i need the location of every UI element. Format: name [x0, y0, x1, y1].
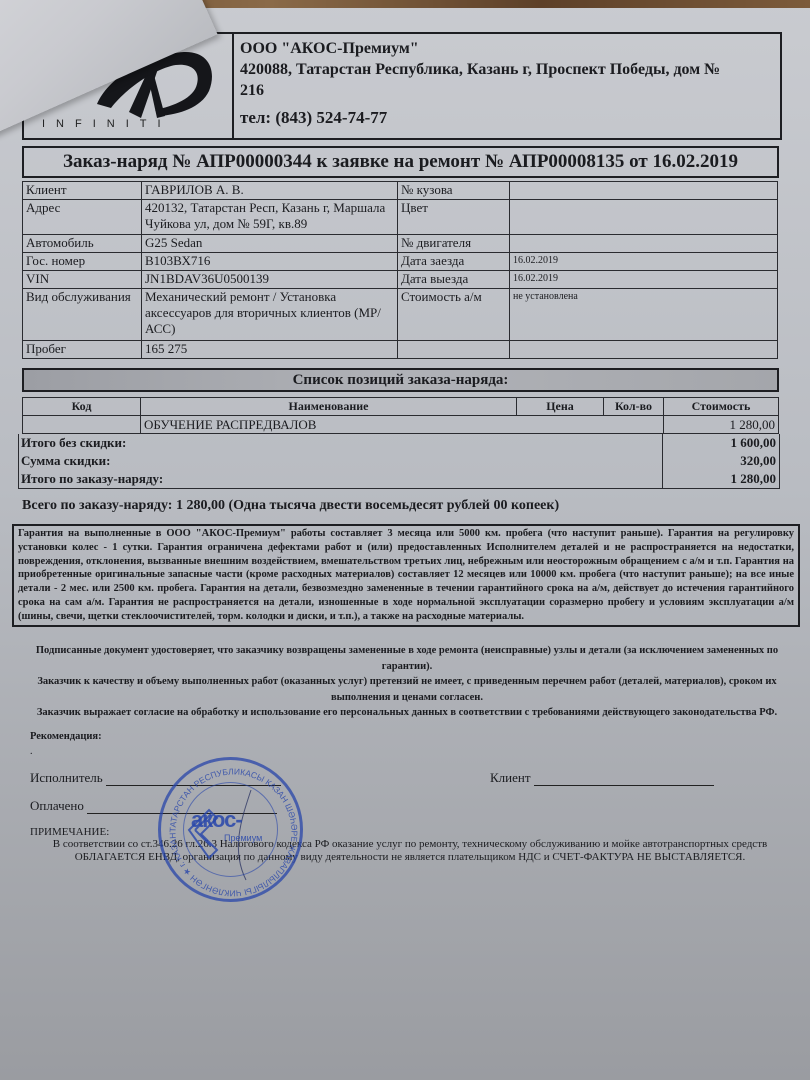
- total-value: 1 280,00: [662, 470, 779, 488]
- info-value: JN1BDAV36U0500139: [142, 271, 398, 289]
- remark-title: ПРИМЕЧАНИЕ:: [30, 826, 109, 838]
- info-label: Стоимость а/м: [398, 289, 510, 341]
- column-header: Стоимость: [664, 398, 779, 416]
- info-value: 16.02.2019: [510, 253, 778, 271]
- info-label: Адрес: [23, 200, 142, 235]
- info-row: VIN JN1BDAV36U0500139 Дата выезда 16.02.…: [23, 271, 778, 289]
- remark-line: ОБЛАГАЕТСЯ ЕНВД, организация по данному …: [30, 851, 790, 864]
- info-value: [510, 182, 778, 200]
- totals-block: Итого без скидки: 1 600,00 Сумма скидки:…: [18, 434, 780, 489]
- total-row: Итого по заказу-наряду: 1 280,00: [19, 470, 779, 488]
- column-header: Кол-во: [604, 398, 664, 416]
- company-info: ООО "АКОС-Премиум" 420088, Татарстан Рес…: [234, 34, 780, 138]
- note-paragraph: Заказчик выражает согласие на обработку …: [22, 705, 792, 721]
- recommendation-label: Рекомендация:: [30, 731, 102, 742]
- info-row: Адрес 420132, Татарстан Респ, Казань г, …: [23, 200, 778, 235]
- info-value: [510, 341, 778, 359]
- info-row: Вид обслуживания Механический ремонт / У…: [23, 289, 778, 341]
- info-label: Дата заезда: [398, 253, 510, 271]
- info-label: Клиент: [23, 182, 142, 200]
- total-value: 1 600,00: [662, 434, 779, 452]
- info-value: G25 Sedan: [142, 235, 398, 253]
- total-label: Итого без скидки:: [19, 434, 662, 452]
- executor-label: Исполнитель: [30, 770, 103, 785]
- column-header: Цена: [517, 398, 604, 416]
- info-value: [510, 200, 778, 235]
- acknowledgement-notes: Подписанные документ удостоверяет, что з…: [22, 643, 792, 721]
- note-paragraph: Заказчик к качеству и объему выполненных…: [22, 674, 792, 705]
- client-label: Клиент: [490, 770, 531, 785]
- items-table: Код Наименование Цена Кол-во Стоимость О…: [22, 397, 779, 434]
- info-value: 16.02.2019: [510, 271, 778, 289]
- signature-line: [106, 785, 281, 786]
- recommendation-value: .: [30, 746, 33, 757]
- info-label: Пробег: [23, 341, 142, 359]
- item-name: ОБУЧЕНИЕ РАСПРЕДВАЛОВ: [141, 416, 664, 434]
- info-row: Клиент ГАВРИЛОВ А. В. № кузова: [23, 182, 778, 200]
- table-row: ОБУЧЕНИЕ РАСПРЕДВАЛОВ 1 280,00: [23, 416, 779, 434]
- document-title: Заказ-наряд № АПР00000344 к заявке на ре…: [22, 146, 779, 178]
- info-label: VIN: [23, 271, 142, 289]
- info-label: № двигателя: [398, 235, 510, 253]
- info-row: Автомобиль G25 Sedan № двигателя: [23, 235, 778, 253]
- company-phone: тел: (843) 524-74-77: [240, 107, 774, 128]
- logo-text: INFINITI: [42, 118, 232, 130]
- info-value: [510, 235, 778, 253]
- info-value: В103ВХ716: [142, 253, 398, 271]
- info-row: Гос. номер В103ВХ716 Дата заезда 16.02.2…: [23, 253, 778, 271]
- info-label: Вид обслуживания: [23, 289, 142, 341]
- signature-line: [87, 813, 277, 814]
- warranty-terms: Гарантия на выполненные в ООО "АКОС-Прем…: [12, 524, 800, 627]
- item-cost: 1 280,00: [664, 416, 779, 434]
- paid-label: Оплачено: [30, 798, 84, 813]
- item-code: [23, 416, 141, 434]
- note-paragraph: Подписанные документ удостоверяет, что з…: [22, 643, 792, 674]
- info-value: 420132, Татарстан Респ, Казань г, Маршал…: [142, 200, 398, 235]
- company-name: ООО "АКОС-Премиум": [240, 38, 774, 59]
- company-address-line2: 216: [240, 80, 774, 101]
- client-signature: Клиент: [490, 770, 714, 786]
- info-value: не установлена: [510, 289, 778, 341]
- info-label: Цвет: [398, 200, 510, 235]
- executor-signature: Исполнитель: [30, 770, 281, 786]
- paid-signature: Оплачено: [30, 798, 277, 814]
- column-header: Наименование: [141, 398, 517, 416]
- info-label: Гос. номер: [23, 253, 142, 271]
- remark-line: В соответствии со ст.346.26 гл.26.3 Нало…: [30, 838, 790, 851]
- signature-line: [534, 785, 714, 786]
- total-row: Итого без скидки: 1 600,00: [19, 434, 779, 452]
- info-label: Автомобиль: [23, 235, 142, 253]
- total-label: Сумма скидки:: [19, 452, 662, 470]
- company-address-line1: 420088, Татарстан Республика, Казань г, …: [240, 59, 774, 80]
- column-header: Код: [23, 398, 141, 416]
- info-value: Механический ремонт / Установка аксессуа…: [142, 289, 398, 341]
- remark-text: В соответствии со ст.346.26 гл.26.3 Нало…: [30, 838, 790, 864]
- info-value: ГАВРИЛОВ А. В.: [142, 182, 398, 200]
- vehicle-info-table: Клиент ГАВРИЛОВ А. В. № кузова Адрес 420…: [22, 181, 778, 359]
- info-value: 165 275: [142, 341, 398, 359]
- items-header-row: Код Наименование Цена Кол-во Стоимость: [23, 398, 779, 416]
- total-row: Сумма скидки: 320,00: [19, 452, 779, 470]
- info-label: Дата выезда: [398, 271, 510, 289]
- items-section-title: Список позиций заказа-наряда:: [22, 368, 779, 392]
- info-row: Пробег 165 275: [23, 341, 778, 359]
- total-value: 320,00: [662, 452, 779, 470]
- info-label: № кузова: [398, 182, 510, 200]
- grand-total: Всего по заказу-наряду: 1 280,00 (Одна т…: [22, 498, 559, 514]
- total-label: Итого по заказу-наряду:: [19, 470, 662, 488]
- info-label: [398, 341, 510, 359]
